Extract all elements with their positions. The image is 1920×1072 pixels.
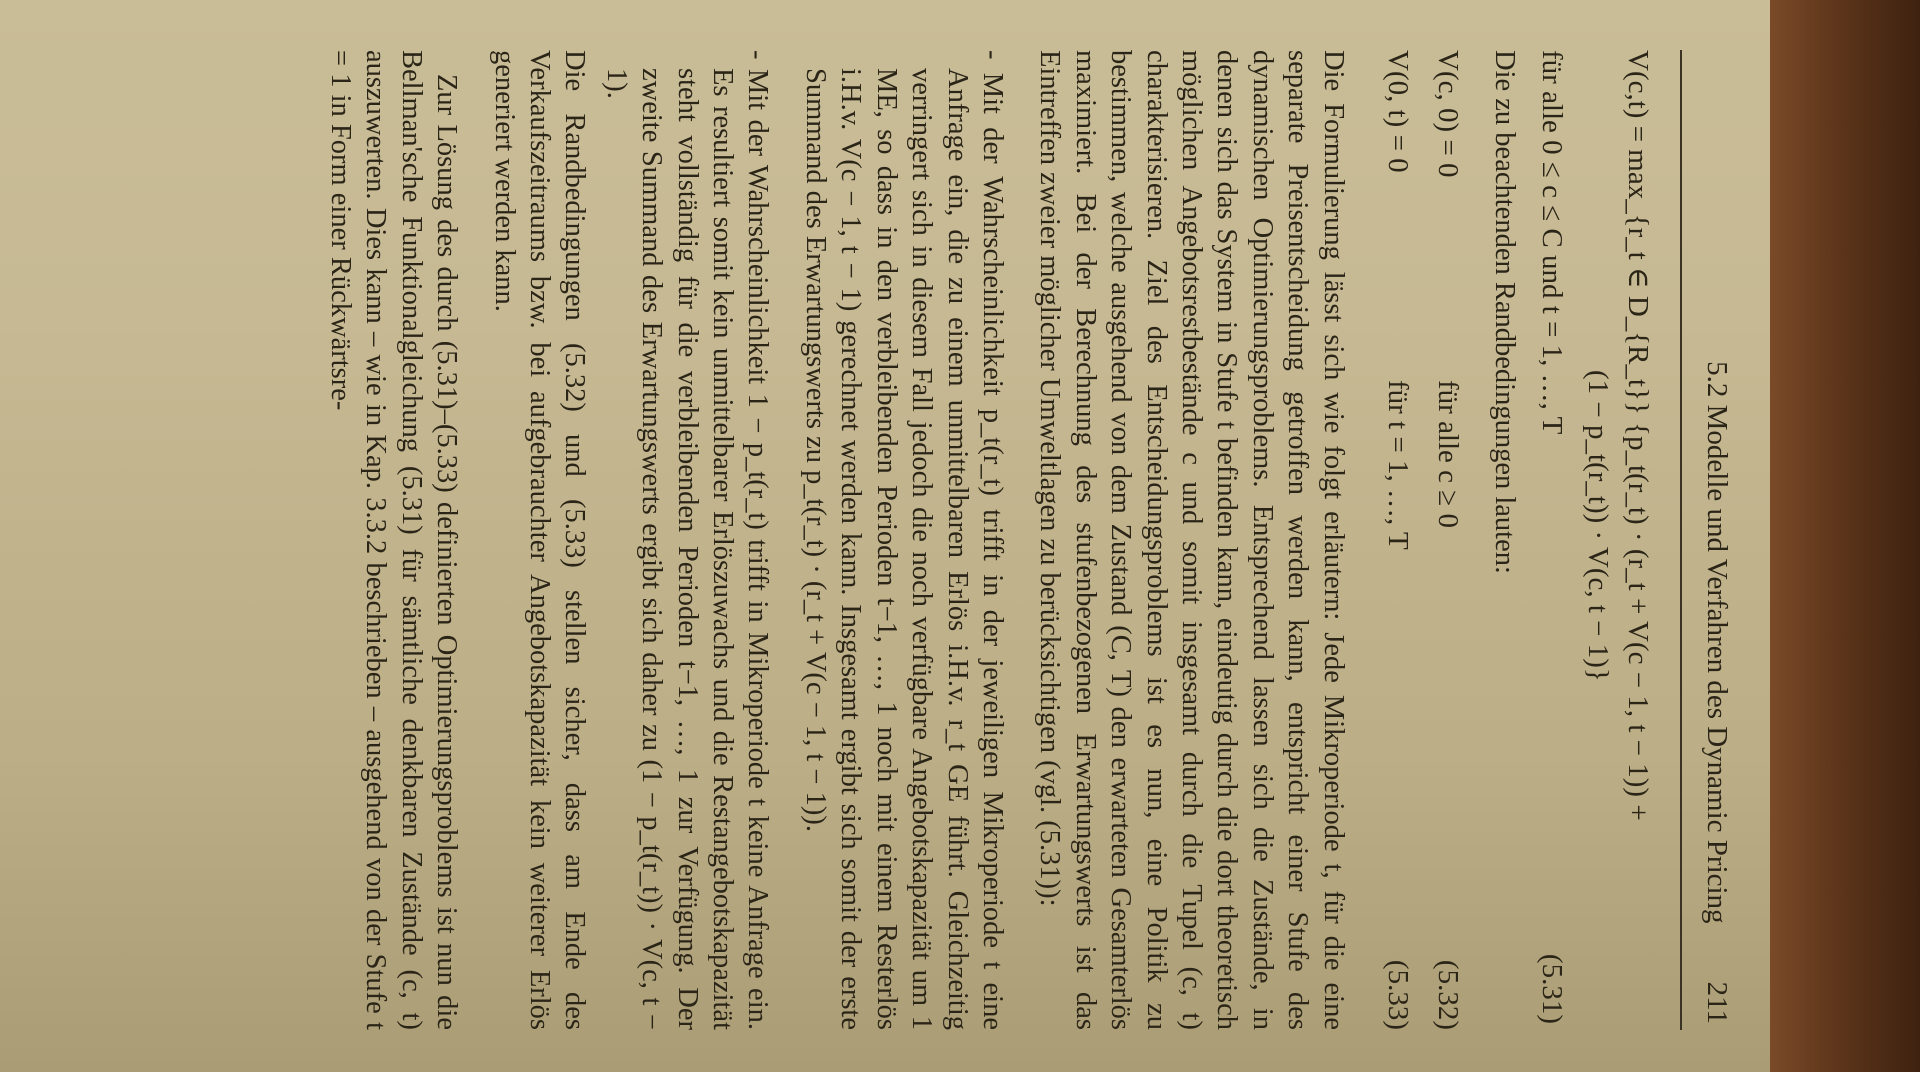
bullet-no-request: - Mit der Wahrscheinlichkeit 1 − p_t(r_t… bbox=[598, 50, 775, 1030]
paragraph-explanation: Die Formulierung lässt sich wie folgt er… bbox=[1032, 50, 1351, 1030]
equation-5-31-line1: V(c,t) = max_{r_t ∈ D_{R_t}} {p_t(r_t) ·… bbox=[1618, 50, 1658, 1030]
paragraph-solution: Zur Lösung des durch (5.31)–(5.33) defin… bbox=[323, 50, 465, 1030]
equation-condition: für alle 0 ≤ c ≤ C und t = 1, …, T (5.31… bbox=[1532, 50, 1572, 1030]
running-header: 5.2 Modelle und Verfahren des Dynamic Pr… bbox=[1700, 50, 1742, 1030]
boundary-intro: Die zu beachtenden Randbedingungen laute… bbox=[1487, 50, 1522, 1030]
section-title: 5.2 Modelle und Verfahren des Dynamic Pr… bbox=[1700, 361, 1733, 923]
boundary-condition-5-32: V(c, 0) = 0 für alle c ≥ 0 (5.32) bbox=[1423, 50, 1473, 1030]
bullet-request-arrives: - Mit der Wahrscheinlichkeit p_t(r_t) tr… bbox=[798, 50, 1010, 1030]
wooden-table-background bbox=[1770, 0, 1920, 1072]
equation-5-31-line2: (1 − p_t(r_t)) · V(c, t − 1)} bbox=[1578, 50, 1618, 1030]
book-page: 5.2 Modelle und Verfahren des Dynamic Pr… bbox=[0, 0, 1770, 1072]
page-number: 211 bbox=[1700, 982, 1733, 1024]
header-rule bbox=[1680, 50, 1682, 1030]
boundary-condition-5-33: V(0, t) = 0 für t = 1, …, T (5.33) bbox=[1373, 50, 1423, 1030]
equation-number-5-31: (5.31) bbox=[1532, 954, 1572, 1024]
paragraph-boundary-meaning: Die Randbedingungen (5.32) und (5.33) st… bbox=[486, 50, 592, 1030]
